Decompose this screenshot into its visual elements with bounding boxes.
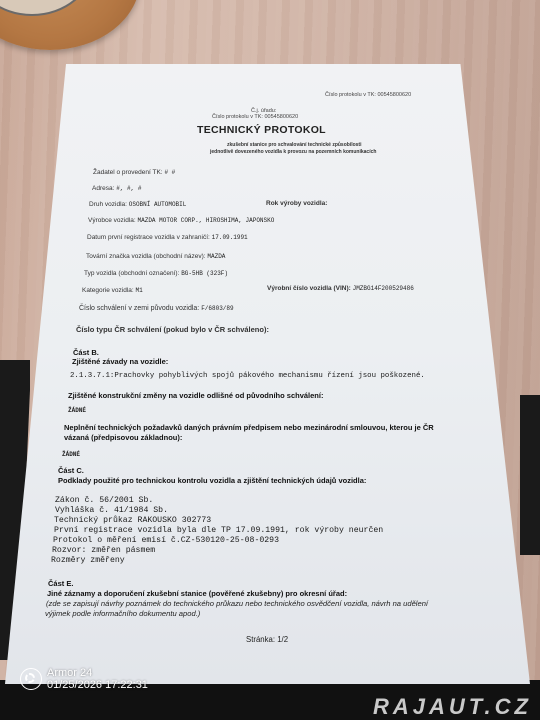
field-label: Datum první registrace vozidla v zahrani… [87,234,210,241]
field-label: Rok výroby vozidla: [266,200,327,207]
field-label: Číslo typu ČR schválení (pokud bylo v ČR… [76,325,269,334]
field-value: BG-5HB (323F) [181,270,228,277]
field-label: Výrobce vozidla: [88,217,136,224]
part-c-item: Vyhláška č. 41/1984 Sb. [55,506,168,515]
field-category: Kategorie vozidla: M1 [82,287,143,294]
part-c-item: Rozvor: změřen pásmem [52,546,155,555]
aperture-icon [20,668,42,690]
field-value: JMZBG14F200529486 [353,285,414,292]
part-e-label: Jiné záznamy a doporučení zkušební stani… [47,589,347,598]
part-c-item: Zákon č. 56/2001 Sb. [55,496,153,505]
protocol-number-line: Číslo protokolu v TK: 00545800620 [212,114,298,120]
part-e-note-line-1: (zde se zapisují návrhy poznámek do tech… [46,599,428,608]
part-c-item: Rozměry změřeny [51,556,125,565]
part-b-defects-label: Zjištěné závady na vozidle: [72,357,168,366]
header-protocol-number: Číslo protokolu v TK: 00545800620 [325,92,411,98]
field-label: Číslo schválení v zemi původu vozidla: [79,305,199,312]
field-vin: Výrobní číslo vozidla (VIN): JMZBG14F200… [267,285,414,292]
field-year-of-manufacture: Rok výroby vozidla: [266,200,327,207]
field-manufacturer: Výrobce vozidla: MAZDA MOTOR CORP., HIRO… [88,217,274,224]
device-name: Armor 24 [47,667,148,679]
field-label: Typ vozidla (obchodní označení): [84,270,179,277]
field-value: 17.09.1991 [212,234,248,241]
part-e-heading: Část E. [48,579,73,588]
field-address: Adresa: #, #, # [92,185,141,192]
part-c-item: Technický průkaz RAKOUSKO 302773 [54,516,211,525]
field-label: Kategorie vozidla: [82,287,134,294]
photo-timestamp: 01/25/2026 17:22:31 [47,679,148,691]
part-c-label: Podklady použité pro technickou kontrolu… [58,476,366,485]
part-b-modifications-value: ŽÁDNÉ [68,407,86,414]
field-value: F/6803/89 [201,305,233,312]
field-origin-approval-number: Číslo schválení v zemi původu vozidla: F… [79,305,234,312]
field-value: MAZDA MOTOR CORP., HIROSHIMA, JAPONSKO [138,217,275,224]
site-logo: RAJAUT.CZ [373,694,532,720]
part-b-noncompliance-value: ŽÁDNÉ [62,451,80,458]
part-b-noncompliance-label-1: Neplnění technických požadavků daných pr… [64,423,434,432]
part-b-heading: Část B. [73,348,99,357]
part-e-note-line-2: výjimek podle informačního dokumentu apo… [45,609,200,618]
part-b-noncompliance-label-2: vázaná (předpisovou základnou): [64,433,182,442]
subtitle-line-2: jednotlivě dovezeného vozidla k provozu … [210,149,376,155]
field-label: Výrobní číslo vozidla (VIN): [267,285,351,292]
document-sheet: Číslo protokolu v TK: 00545800620 Č.j. ú… [0,64,540,684]
part-c-heading: Část C. [58,466,84,475]
subtitle-line-1: zkušební stanice pro schvalování technic… [227,142,361,148]
field-label: Žadatel o provedení TK: [93,169,163,176]
field-applicant: Žadatel o provedení TK: # # [93,169,175,176]
field-value: MAZDA [207,253,225,260]
part-c-item: První registrace vozidla byla dle TP 17.… [54,526,383,535]
camera-watermark: Armor 24 01/25/2026 17:22:31 [20,667,148,691]
part-b-modifications-label: Zjištěné konstrukční změny na vozidle od… [68,391,323,400]
document-title: TECHNICKÝ PROTOKOL [197,124,326,136]
field-first-registration-abroad: Datum první registrace vozidla v zahrani… [87,234,248,241]
field-label: Adresa: [92,185,114,192]
field-value: OSOBNÍ AUTOMOBIL [129,201,187,208]
field-cz-type-approval: Číslo typu ČR schválení (pokud bylo v ČR… [76,325,269,334]
field-value: M1 [135,287,142,294]
field-vehicle-kind: Druh vozidla: OSOBNÍ AUTOMOBIL [89,201,186,208]
field-label: Tovární značka vozidla (obchodní název): [86,253,206,260]
watermark-text: Armor 24 01/25/2026 17:22:31 [47,667,148,691]
field-type: Typ vozidla (obchodní označení): BG-5HB … [84,270,228,277]
part-b-defects-value: 2.1.3.7.1:Prachovky pohyblivých spojů pá… [70,372,425,380]
field-value: #, #, # [116,185,141,192]
document-content: Číslo protokolu v TK: 00545800620 Č.j. ú… [0,64,540,684]
field-value: # # [164,169,175,176]
field-brand: Tovární značka vozidla (obchodní název):… [86,253,225,260]
page-indicator: Stránka: 1/2 [246,635,288,644]
field-label: Druh vozidla: [89,201,127,208]
part-c-item: Protokol o měření emisí č.CZ-530120-25-0… [53,536,279,545]
